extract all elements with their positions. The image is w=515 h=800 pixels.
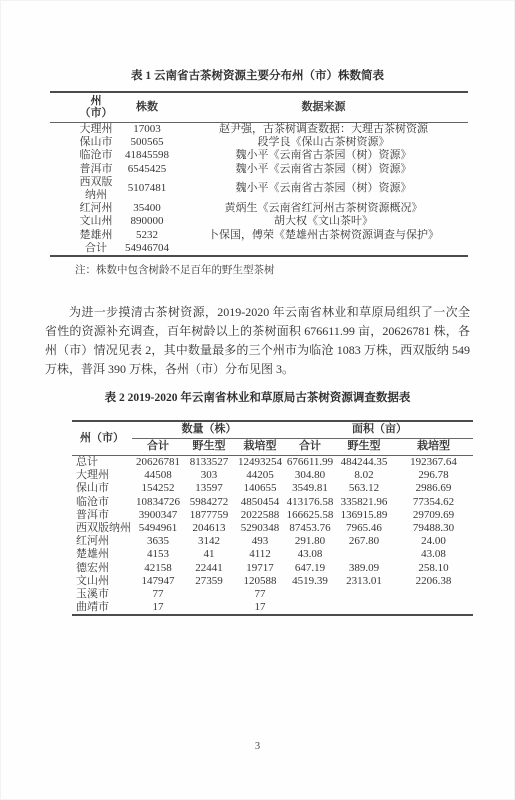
- table2-row: 红河州 3635 3142 493 291.80 267.80 24.00: [72, 535, 473, 548]
- table2-row: 临沧市 10834726 5984272 4850454 413176.58 3…: [72, 496, 473, 509]
- count-total-cell: 77: [132, 588, 184, 601]
- area-wild-cell: 484244.35: [334, 456, 394, 470]
- table1-header-source: 数据来源: [179, 92, 468, 123]
- table2-subheader-count-wild: 野生型: [184, 439, 234, 456]
- table2-header-region: 州（市）: [72, 421, 132, 456]
- count-total-cell: 17: [132, 601, 184, 615]
- area-wild-cell: 8.02: [334, 469, 394, 482]
- region-cell: 楚雄州: [72, 548, 132, 561]
- source-cell: 黄炳生《云南省红河州古茶树资源概况》: [179, 202, 468, 215]
- table1-row: 西双版纳州 5107481 魏小平《云南省古茶园（树）资源》: [50, 176, 468, 202]
- count-wild-cell: 303: [184, 469, 234, 482]
- count-cultivated-cell: 493: [234, 535, 286, 548]
- table1-title: 表 1 云南省古茶树资源主要分布州（市）株数简表: [0, 0, 515, 83]
- count-total-cell: 154252: [132, 482, 184, 495]
- area-wild-cell: 136915.89: [334, 509, 394, 522]
- table2-row: 楚雄州 4153 41 4112 43.08 43.08: [72, 548, 473, 561]
- source-cell: 魏小平《云南省古茶园（树）资源》: [179, 149, 468, 162]
- count-wild-cell: 22441: [184, 562, 234, 575]
- area-cultivated-cell: 258.10: [394, 562, 473, 575]
- region-cell: 普洱市: [77, 163, 115, 176]
- table1-header: 州（市） 株数 数据来源: [50, 92, 468, 123]
- area-wild-cell: [334, 588, 394, 601]
- count-cultivated-cell: 44205: [234, 469, 286, 482]
- table2-header-count-group: 数量（株）: [132, 421, 286, 439]
- spacer-cell: [50, 242, 77, 256]
- area-total-cell: 304.80: [286, 469, 334, 482]
- table1-row: 保山市 500565 段学良《保山古茶树资源》: [50, 136, 468, 149]
- area-wild-cell: [334, 601, 394, 615]
- region-cell: 总计: [72, 456, 132, 470]
- region-cell: 保山市: [77, 136, 115, 149]
- count-wild-cell: [184, 601, 234, 615]
- area-cultivated-cell: 2986.69: [394, 482, 473, 495]
- count-cultivated-cell: 120588: [234, 575, 286, 588]
- region-cell: 大理州: [77, 123, 115, 137]
- table1-row: 合计 54946704: [50, 242, 468, 256]
- count-cell: 5232: [115, 229, 179, 242]
- table1-row: 大理州 17003 赵尹强，古茶树调查数据：大理古茶树资源: [50, 123, 468, 137]
- spacer-cell: [50, 202, 77, 215]
- count-total-cell: 4153: [132, 548, 184, 561]
- table1-header-spacer: [50, 92, 77, 123]
- table1-row: 临沧市 41845598 魏小平《云南省古茶园（树）资源》: [50, 149, 468, 162]
- count-cultivated-cell: 17: [234, 601, 286, 615]
- table2-subheader-count-total: 合计: [132, 439, 184, 456]
- area-total-cell: 166625.58: [286, 509, 334, 522]
- spacer-cell: [50, 123, 77, 137]
- region-cell: 文山州: [72, 575, 132, 588]
- count-cultivated-cell: 140655: [234, 482, 286, 495]
- table2-subheader-count-cultivated: 栽培型: [234, 439, 286, 456]
- page-number: 3: [0, 741, 515, 752]
- count-total-cell: 3900347: [132, 509, 184, 522]
- region-cell: 红河州: [72, 535, 132, 548]
- table2-row: 保山市 154252 13597 140655 3549.81 563.12 2…: [72, 482, 473, 495]
- source-cell: 魏小平《云南省古茶园（树）资源》: [179, 163, 468, 176]
- count-wild-cell: 5984272: [184, 496, 234, 509]
- table2-subheader-row: 合计 野生型 栽培型 合计 野生型 栽培型: [72, 439, 473, 456]
- count-cell: 500565: [115, 136, 179, 149]
- region-cell: 保山市: [72, 482, 132, 495]
- count-cultivated-cell: 2022588: [234, 509, 286, 522]
- count-total-cell: 20626781: [132, 456, 184, 470]
- source-cell: 魏小平《云南省古茶园（树）资源》: [179, 176, 468, 202]
- table2-title: 表 2 2019-2020 年云南省林业和草原局古茶树资源调查数据表: [0, 391, 515, 405]
- source-cell: 段学良《保山古茶树资源》: [179, 136, 468, 149]
- table1-row: 普洱市 6545425 魏小平《云南省古茶园（树）资源》: [50, 163, 468, 176]
- count-cultivated-cell: 12493254: [234, 456, 286, 470]
- area-total-cell: 676611.99: [286, 456, 334, 470]
- area-cultivated-cell: [394, 601, 473, 615]
- area-cultivated-cell: 77354.62: [394, 496, 473, 509]
- source-cell: 胡大权《文山茶叶》: [179, 215, 468, 228]
- count-total-cell: 44508: [132, 469, 184, 482]
- region-cell: 西双版纳州: [77, 176, 115, 202]
- area-cultivated-cell: [394, 588, 473, 601]
- count-wild-cell: 27359: [184, 575, 234, 588]
- region-cell: 楚雄州: [77, 229, 115, 242]
- count-wild-cell: 3142: [184, 535, 234, 548]
- table2-body: 总计 20626781 8133527 12493254 676611.99 4…: [72, 456, 473, 616]
- area-total-cell: 3549.81: [286, 482, 334, 495]
- spacer-cell: [50, 215, 77, 228]
- area-total-cell: 4519.39: [286, 575, 334, 588]
- table1-note: 注：株数中包含树龄不足百年的野生型茶树: [75, 265, 515, 277]
- table2-row: 玉溪市 77 77: [72, 588, 473, 601]
- region-cell: 文山州: [77, 215, 115, 228]
- spacer-cell: [50, 176, 77, 202]
- region-cell: 西双版纳州: [72, 522, 132, 535]
- count-cultivated-cell: 4112: [234, 548, 286, 561]
- area-total-cell: [286, 601, 334, 615]
- count-wild-cell: 13597: [184, 482, 234, 495]
- count-total-cell: 147947: [132, 575, 184, 588]
- area-cultivated-cell: 43.08: [394, 548, 473, 561]
- table1-header-count: 株数: [115, 92, 179, 123]
- table2-row: 德宏州 42158 22441 19717 647.19 389.09 258.…: [72, 562, 473, 575]
- spacer-cell: [50, 149, 77, 162]
- spacer-cell: [50, 229, 77, 242]
- count-cultivated-cell: 19717: [234, 562, 286, 575]
- count-total-cell: 10834726: [132, 496, 184, 509]
- source-cell: 卜保国，傅荣《楚雄州古茶树资源调查与保护》: [179, 229, 468, 242]
- count-cell: 35400: [115, 202, 179, 215]
- count-total-cell: 5494961: [132, 522, 184, 535]
- table2-header: 州（市） 数量（株） 面积（亩） 合计 野生型 栽培型 合计 野生型 栽培型: [72, 421, 473, 456]
- region-cell: 合计: [77, 242, 115, 256]
- table2-row: 西双版纳州 5494961 204613 5290348 87453.76 79…: [72, 522, 473, 535]
- region-cell: 红河州: [77, 202, 115, 215]
- table2-group-row: 州（市） 数量（株） 面积（亩）: [72, 421, 473, 439]
- count-cell: 41845598: [115, 149, 179, 162]
- count-cell: 17003: [115, 123, 179, 137]
- count-cultivated-cell: 5290348: [234, 522, 286, 535]
- table1-row: 楚雄州 5232 卜保国，傅荣《楚雄州古茶树资源调查与保护》: [50, 229, 468, 242]
- area-total-cell: 291.80: [286, 535, 334, 548]
- area-cultivated-cell: 29709.69: [394, 509, 473, 522]
- count-wild-cell: 204613: [184, 522, 234, 535]
- area-cultivated-cell: 2206.38: [394, 575, 473, 588]
- document-page: 表 1 云南省古茶树资源主要分布州（市）株数简表 州（市） 株数 数据来源 大理…: [0, 0, 515, 800]
- table2-subheader-area-cultivated: 栽培型: [394, 439, 473, 456]
- area-wild-cell: 267.80: [334, 535, 394, 548]
- table1-body: 大理州 17003 赵尹强，古茶树调查数据：大理古茶树资源 保山市 500565…: [50, 123, 468, 257]
- region-cell: 大理州: [72, 469, 132, 482]
- count-cell: 5107481: [115, 176, 179, 202]
- table1: 州（市） 株数 数据来源 大理州 17003 赵尹强，古茶树调查数据：大理古茶树…: [50, 91, 468, 257]
- count-total-cell: 3635: [132, 535, 184, 548]
- table1-header-region: 州（市）: [77, 92, 115, 123]
- region-cell: 普洱市: [72, 509, 132, 522]
- table2-row: 曲靖市 17 17: [72, 601, 473, 615]
- area-wild-cell: 7965.46: [334, 522, 394, 535]
- table2-header-area-group: 面积（亩）: [286, 421, 473, 439]
- count-wild-cell: 8133527: [184, 456, 234, 470]
- table1-row: 文山州 890000 胡大权《文山茶叶》: [50, 215, 468, 228]
- source-cell: 赵尹强，古茶树调查数据：大理古茶树资源: [179, 123, 468, 137]
- count-cultivated-cell: 77: [234, 588, 286, 601]
- area-cultivated-cell: 79488.30: [394, 522, 473, 535]
- table2: 州（市） 数量（株） 面积（亩） 合计 野生型 栽培型 合计 野生型 栽培型 总…: [72, 420, 473, 616]
- count-wild-cell: [184, 588, 234, 601]
- region-cell: 曲靖市: [72, 601, 132, 615]
- table2-row: 普洱市 3900347 1877759 2022588 166625.58 13…: [72, 509, 473, 522]
- region-cell: 德宏州: [72, 562, 132, 575]
- table1-row: 红河州 35400 黄炳生《云南省红河州古茶树资源概况》: [50, 202, 468, 215]
- area-wild-cell: 563.12: [334, 482, 394, 495]
- body-paragraph: 为进一步摸清古茶树资源，2019-2020 年云南省林业和草原局组织了一次全省性…: [45, 303, 470, 379]
- table2-row: 文山州 147947 27359 120588 4519.39 2313.01 …: [72, 575, 473, 588]
- area-wild-cell: 335821.96: [334, 496, 394, 509]
- area-total-cell: 43.08: [286, 548, 334, 561]
- table2-row: 总计 20626781 8133527 12493254 676611.99 4…: [72, 456, 473, 470]
- area-total-cell: 647.19: [286, 562, 334, 575]
- source-cell: [179, 242, 468, 256]
- count-cell: 54946704: [115, 242, 179, 256]
- region-cell: 临沧市: [72, 496, 132, 509]
- region-cell: 临沧市: [77, 149, 115, 162]
- area-cultivated-cell: 296.78: [394, 469, 473, 482]
- count-wild-cell: 41: [184, 548, 234, 561]
- area-total-cell: 413176.58: [286, 496, 334, 509]
- spacer-cell: [50, 163, 77, 176]
- spacer-cell: [50, 136, 77, 149]
- area-wild-cell: [334, 548, 394, 561]
- area-total-cell: [286, 588, 334, 601]
- count-total-cell: 42158: [132, 562, 184, 575]
- count-cell: 890000: [115, 215, 179, 228]
- area-total-cell: 87453.76: [286, 522, 334, 535]
- area-wild-cell: 2313.01: [334, 575, 394, 588]
- region-cell: 玉溪市: [72, 588, 132, 601]
- table2-subheader-area-wild: 野生型: [334, 439, 394, 456]
- area-cultivated-cell: 192367.64: [394, 456, 473, 470]
- table2-subheader-area-total: 合计: [286, 439, 334, 456]
- area-wild-cell: 389.09: [334, 562, 394, 575]
- count-cultivated-cell: 4850454: [234, 496, 286, 509]
- area-cultivated-cell: 24.00: [394, 535, 473, 548]
- table2-row: 大理州 44508 303 44205 304.80 8.02 296.78: [72, 469, 473, 482]
- count-wild-cell: 1877759: [184, 509, 234, 522]
- count-cell: 6545425: [115, 163, 179, 176]
